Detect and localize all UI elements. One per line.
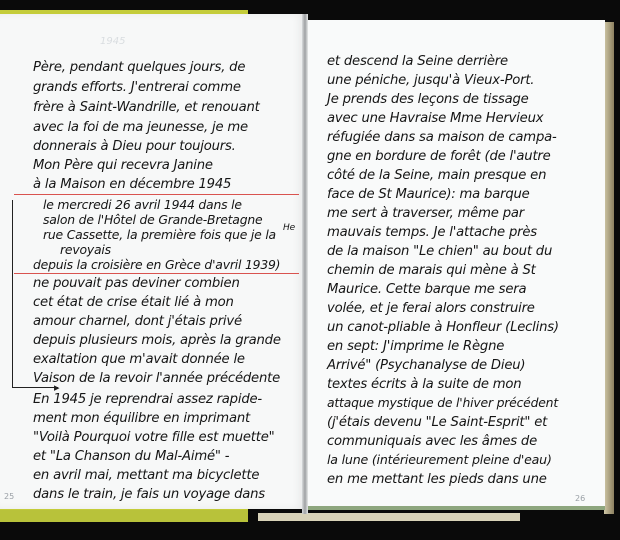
handwritten-line: Mon Père qui recevra Janine: [33, 159, 213, 172]
red-rule-bottom: [14, 273, 299, 274]
handwritten-line: attaque mystique de l'hiver précédent: [327, 397, 558, 409]
handwritten-line: Je prends des leçons de tissage: [327, 93, 529, 106]
handwritten-line: textes écrits à la suite de mon: [327, 378, 521, 391]
handwritten-line: exaltation que m'avait donnée le: [33, 353, 245, 366]
handwritten-line: chemin de marais qui mène à St: [327, 264, 536, 277]
handwritten-line: une péniche, jusqu'à Vieux-Port.: [327, 74, 534, 87]
handwritten-line: amour charnel, dont j'étais privé: [33, 315, 242, 328]
handwritten-line: ne pouvait pas deviner combien: [33, 277, 240, 290]
right-page: et descend la Seine derrière une péniche…: [307, 20, 605, 510]
handwritten-line: volée, et je ferai alors construire: [327, 302, 535, 315]
handwritten-line: mauvais temps. Je l'attache près: [327, 226, 537, 239]
handwritten-line: Arrivé" (Psychanalyse de Dieu): [327, 359, 525, 372]
handwritten-line: en me mettant les pieds dans une: [327, 473, 547, 486]
handwritten-line: frère à Saint-Wandrille, et renouant: [33, 101, 260, 114]
right-cover-edge: [258, 513, 520, 521]
handwritten-line: donnerais à Dieu pour toujours.: [33, 140, 236, 153]
handwritten-line: réfugiée dans sa maison de campa-: [327, 131, 557, 144]
handwritten-line: me sert à traverser, même par: [327, 207, 524, 220]
handwritten-line: salon de l'Hôtel de Grande-Bretagne: [43, 214, 262, 226]
handwritten-line: gne en bordure de forêt (de l'autre: [327, 150, 551, 163]
page-block-edge: [604, 22, 614, 514]
handwritten-line: cet état de crise était lié à mon: [33, 296, 234, 309]
handwritten-line: "Voilà Pourquoi votre fille est muette": [33, 431, 275, 444]
ghost-header: 1945: [100, 36, 125, 47]
annotation-arrow-shaft: [12, 387, 58, 388]
handwritten-line: avec la foi de ma jeunesse, je me: [33, 121, 248, 134]
handwritten-line: revoyais: [60, 244, 111, 256]
annotation-bracket: [12, 200, 13, 388]
handwritten-line: de la maison "Le chien" au bout du: [327, 245, 552, 258]
handwritten-line: et "La Chanson du Mal-Aimé" -: [33, 450, 229, 463]
handwritten-line: face de St Maurice): ma barque: [327, 188, 530, 201]
handwritten-line: en sept: J'imprime le Règne: [327, 340, 504, 353]
handwritten-line: Père, pendant quelques jours, de: [33, 61, 245, 74]
handwritten-line: En 1945 je reprendrai assez rapide-: [33, 393, 262, 406]
red-rule-top: [14, 194, 299, 195]
handwritten-line: rue Cassette, la première fois que je la: [43, 229, 276, 241]
handwritten-line: avec une Havraise Mme Hervieux: [327, 112, 543, 125]
left-page: 1945 Père, pendant quelques jours, de gr…: [0, 14, 305, 509]
handwritten-line: depuis plusieurs mois, après la grande: [33, 334, 281, 347]
left-cover-edge: [0, 510, 248, 522]
handwritten-line: en avril mai, mettant ma bicyclette: [33, 469, 259, 482]
handwritten-line: à la Maison en décembre 1945: [33, 178, 231, 191]
handwritten-line: la lune (intérieurement pleine d'eau): [327, 454, 552, 467]
page-number: 26: [575, 494, 585, 503]
handwritten-line: (j'étais devenu "Le Saint-Esprit" et: [327, 416, 547, 429]
margin-note: He: [283, 224, 295, 233]
page-number: 25: [4, 492, 14, 501]
handwritten-line: côté de la Seine, main presque en: [327, 169, 546, 182]
handwritten-line: communiquais avec les âmes de: [327, 435, 537, 448]
handwritten-line: Vaison de la revoir l'année précédente: [33, 372, 280, 385]
notebook-spread: 1945 Père, pendant quelques jours, de gr…: [0, 0, 620, 540]
handwritten-line: dans le train, je fais un voyage dans: [33, 488, 265, 501]
book-gutter: [302, 14, 308, 514]
handwritten-line: le mercredi 26 avril 1944 dans le: [43, 199, 242, 211]
handwritten-line: Maurice. Cette barque me sera: [327, 283, 526, 296]
handwritten-line: et descend la Seine derrière: [327, 55, 508, 68]
handwritten-line: grands efforts. J'entrerai comme: [33, 81, 241, 94]
handwritten-line: depuis la croisière en Grèce d'avril 193…: [33, 259, 280, 271]
handwritten-line: ment mon équilibre en imprimant: [33, 412, 250, 425]
handwritten-line: un canot-pliable à Honfleur (Leclins): [327, 321, 559, 334]
